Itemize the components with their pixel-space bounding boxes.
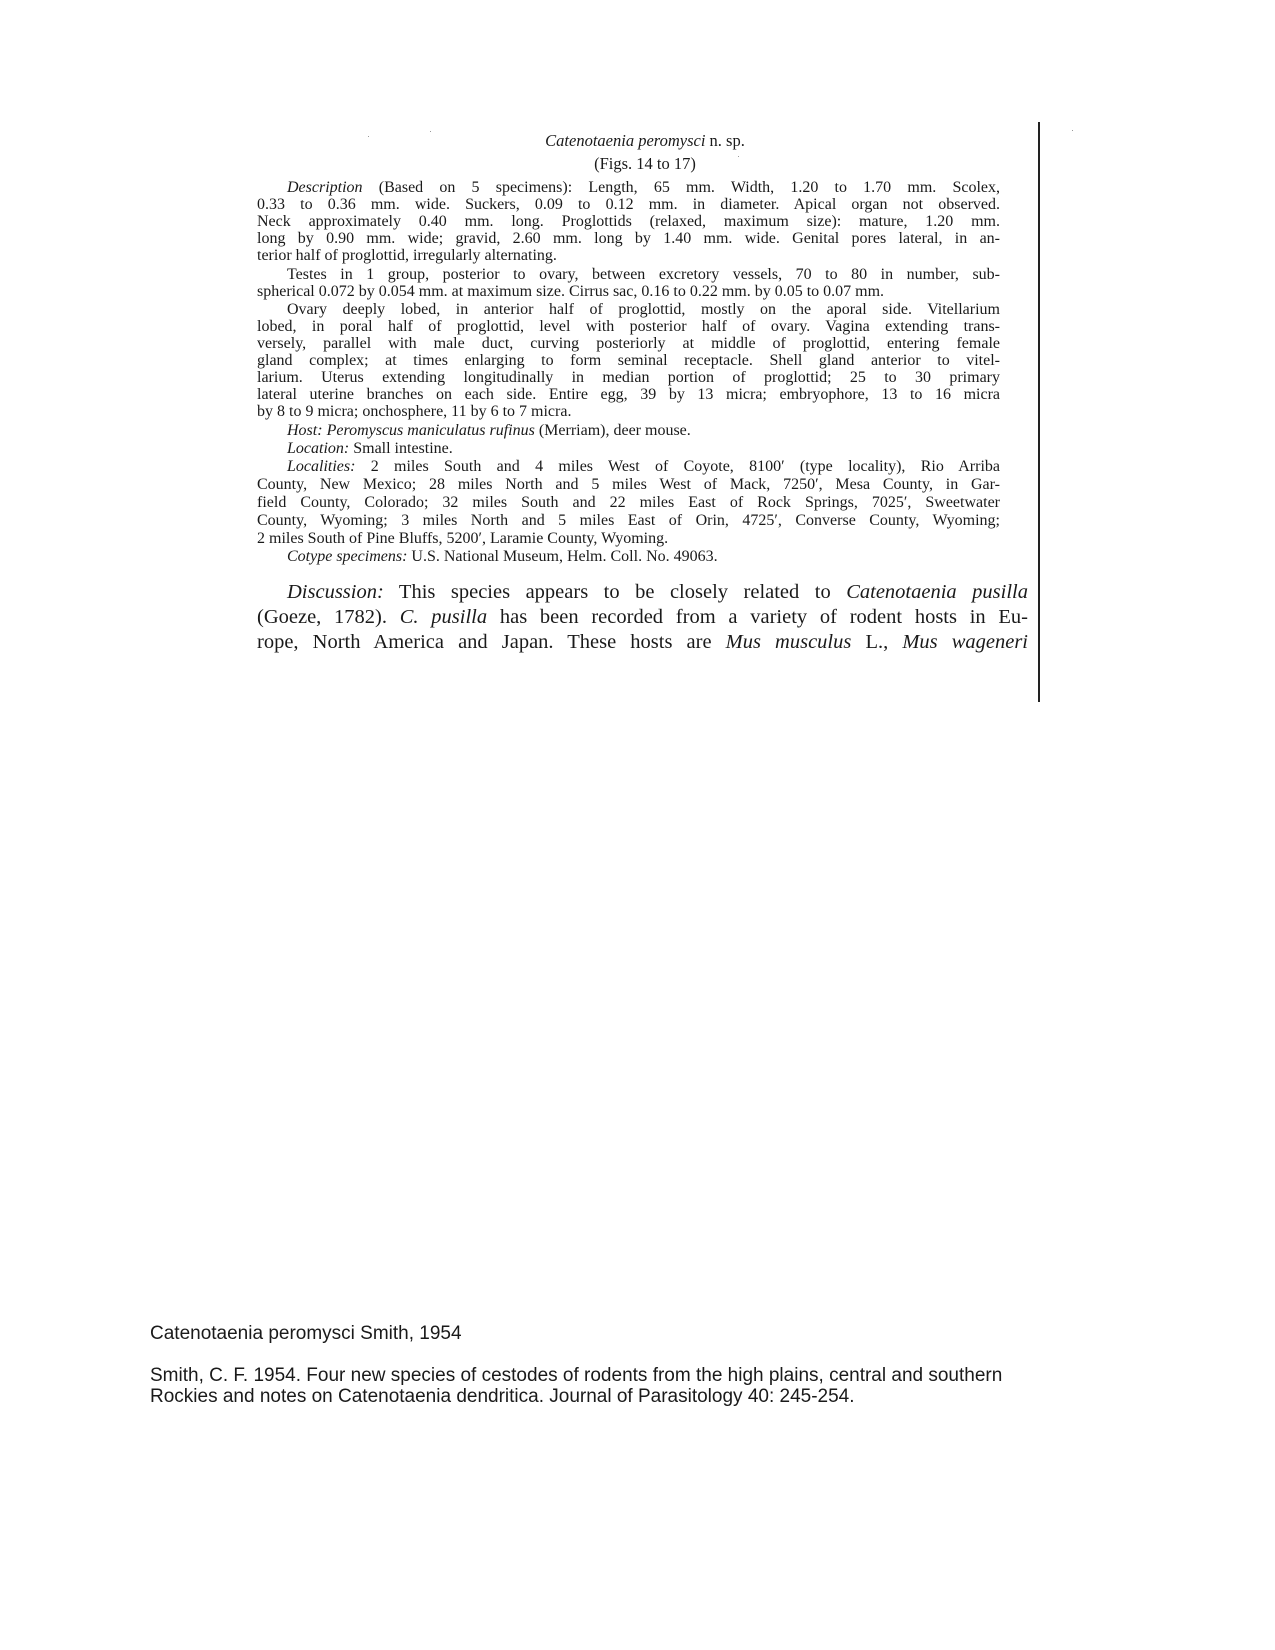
discussion-line: (Goeze, 1782). C. pusilla has been recor…: [257, 605, 1028, 629]
page-edge-rule: [1038, 122, 1040, 702]
species-heading: Catenotaenia peromysci n. sp.: [255, 131, 1035, 151]
localities-line: Localities: 2 miles South and 4 miles We…: [287, 458, 1000, 475]
scan-speck: [1072, 130, 1073, 131]
location-label: Location:: [287, 440, 349, 457]
description-label: Description: [287, 179, 363, 196]
location-line: Location: Small intestine.: [287, 440, 1000, 457]
localities-line: field County, Colorado; 32 miles South a…: [257, 494, 1000, 511]
figures-reference: (Figs. 14 to 17): [255, 154, 1035, 174]
ovary-line: lateral uterine branches on each side. E…: [257, 386, 1000, 403]
description-line: Neck approximately 0.40 mm. long. Proglo…: [257, 213, 1000, 230]
discussion-line: Discussion: This species appears to be c…: [287, 580, 1028, 604]
ovary-line: by 8 to 9 micra; onchosphere, 11 by 6 to…: [257, 403, 1000, 420]
localities-line: 2 miles South of Pine Bluffs, 5200′, Lar…: [257, 530, 1000, 547]
citation-line: Rockies and notes on Catenotaenia dendri…: [150, 1386, 1002, 1407]
ovary-line: versely, parallel with male duct, curvin…: [257, 335, 1000, 352]
host-line: Host: Peromyscus maniculatus rufinus (Me…: [287, 422, 1000, 439]
ovary-line: larium. Uterus extending longitudinally …: [257, 369, 1000, 386]
localities-line: County, New Mexico; 28 miles North and 5…: [257, 476, 1000, 493]
discussion-line: rope, North America and Japan. These hos…: [257, 630, 1028, 654]
description-line: long by 0.90 mm. wide; gravid, 2.60 mm. …: [257, 230, 1000, 247]
citation-line: Smith, C. F. 1954. Four new species of c…: [150, 1365, 1002, 1386]
scan-speck: [368, 136, 369, 137]
testes-line: spherical 0.072 by 0.054 mm. at maximum …: [257, 283, 1000, 300]
host-species: Peromyscus maniculatus rufinus: [327, 422, 535, 439]
scanned-page-excerpt: Catenotaenia peromysci n. sp. (Figs. 14 …: [0, 0, 1275, 760]
scan-speck: [430, 131, 431, 132]
footer-species-title: Catenotaenia peromysci Smith, 1954: [150, 1323, 462, 1345]
footer-citation: Smith, C. F. 1954. Four new species of c…: [150, 1365, 1002, 1407]
scan-speck: [738, 156, 739, 157]
ovary-line: Ovary deeply lobed, in anterior half of …: [287, 301, 1000, 318]
cotype-label: Cotype specimens:: [287, 548, 407, 565]
description-line: terior half of proglottid, irregularly a…: [257, 247, 1000, 264]
description-line: 0.33 to 0.36 mm. wide. Suckers, 0.09 to …: [257, 196, 1000, 213]
cotype-line: Cotype specimens: U.S. National Museum, …: [287, 548, 1000, 565]
localities-label: Localities:: [287, 458, 355, 475]
testes-line: Testes in 1 group, posterior to ovary, b…: [287, 266, 1000, 283]
localities-line: County, Wyoming; 3 miles North and 5 mil…: [257, 512, 1000, 529]
discussion-label: Discussion:: [287, 581, 384, 603]
species-heading-name: Catenotaenia peromysci: [545, 131, 705, 150]
ovary-line: gland complex; at times enlarging to for…: [257, 352, 1000, 369]
description-line: Description (Based on 5 specimens): Leng…: [287, 179, 1000, 196]
species-heading-suffix: n. sp.: [710, 131, 745, 150]
host-label: Host:: [287, 422, 323, 439]
ovary-line: lobed, in poral half of proglottid, leve…: [257, 318, 1000, 335]
